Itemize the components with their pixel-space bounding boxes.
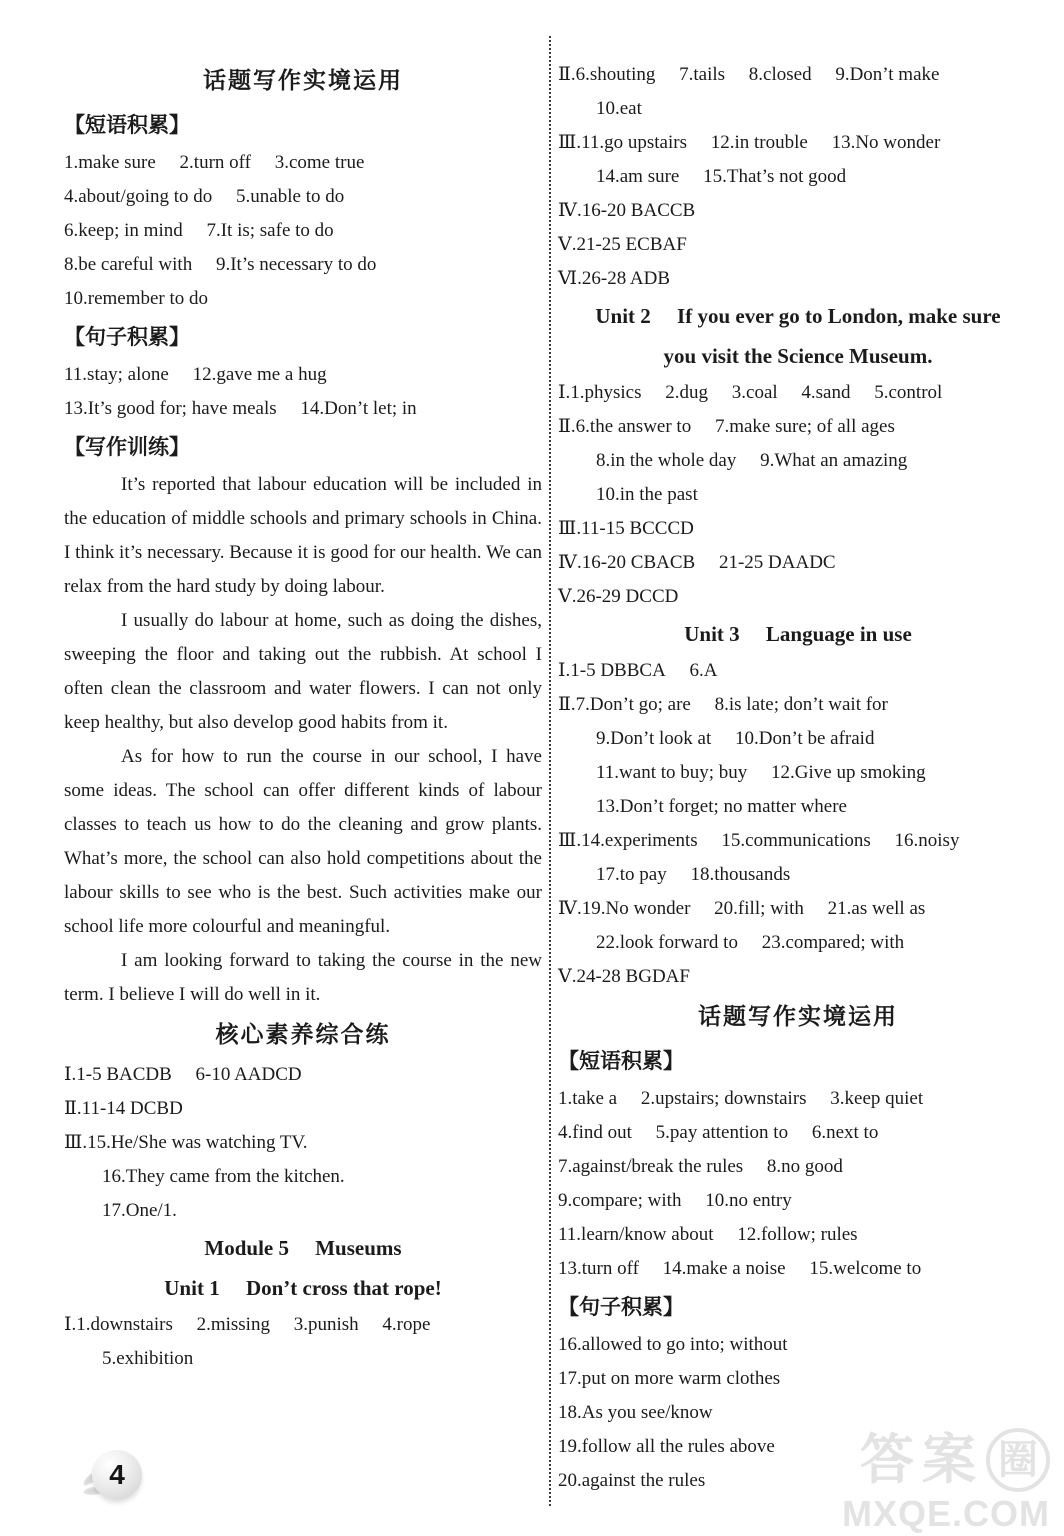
text-line: 6.keep; in mind 7.It is; safe to do (64, 214, 542, 248)
text-line: 17.One/1. (64, 1194, 542, 1228)
unit-title: Unit 2 If you ever go to London, make su… (558, 296, 1038, 336)
text-line: Ⅰ.1-5 BACDB 6-10 AADCD (64, 1058, 542, 1092)
text-line: 10.eat (558, 92, 1038, 126)
watermark-text: 答案 (860, 1433, 984, 1487)
sentence-accumulation-heading: 【句子积累】 (64, 316, 542, 358)
text-line: 9.Don’t look at 10.Don’t be afraid (558, 722, 1038, 756)
phrase-accumulation-heading: 【短语积累】 (558, 1040, 1038, 1082)
unit-title: Unit 3 Language in use (558, 614, 1038, 654)
text-line: Ⅴ.26-29 DCCD (558, 580, 1038, 614)
text-line: 1.take a 2.upstairs; downstairs 3.keep q… (558, 1082, 1038, 1116)
text-line: 13.It’s good for; have meals 14.Don’t le… (64, 392, 542, 426)
watermark: 答案 圈 MXQE.COM (842, 1428, 1050, 1532)
text-line: Ⅵ.26-28 ADB (558, 262, 1038, 296)
text-line: Ⅳ.16-20 BACCB (558, 194, 1038, 228)
text-line: Ⅲ.15.He/She was watching TV. (64, 1126, 542, 1160)
text-line: 13.Don’t forget; no matter where (558, 790, 1038, 824)
watermark-site: MXQE.COM (842, 1496, 1050, 1532)
text-line: 8.in the whole day 9.What an amazing (558, 444, 1038, 478)
topic-writing-heading: 话题写作实境运用 (64, 58, 542, 104)
text-line: Ⅲ.11-15 BCCCD (558, 512, 1038, 546)
text-line: Ⅱ.6.the answer to 7.make sure; of all ag… (558, 410, 1038, 444)
text-line: 9.compare; with 10.no entry (558, 1184, 1038, 1218)
page-number: 4 (92, 1450, 142, 1500)
text-line: 4.find out 5.pay attention to 6.next to (558, 1116, 1038, 1150)
left-column: 话题写作实境运用【短语积累】1.make sure 2.turn off 3.c… (64, 58, 542, 1376)
text-line: Ⅱ.11-14 DCBD (64, 1092, 542, 1126)
text-line: 17.put on more warm clothes (558, 1362, 1038, 1396)
text-line: Ⅱ.7.Don’t go; are 8.is late; don’t wait … (558, 688, 1038, 722)
text-line: 4.about/going to do 5.unable to do (64, 180, 542, 214)
sentence-accumulation-heading: 【句子积累】 (558, 1286, 1038, 1328)
answer-book-page: 话题写作实境运用【短语积累】1.make sure 2.turn off 3.c… (0, 0, 1064, 1536)
page-number-ball: 4 (92, 1450, 142, 1500)
module-title: Module 5 Museums (64, 1228, 542, 1268)
text-line: 14.am sure 15.That’s not good (558, 160, 1038, 194)
right-column: Ⅱ.6.shouting 7.tails 8.closed 9.Don’t ma… (558, 58, 1038, 1498)
text-line: 1.make sure 2.turn off 3.come true (64, 146, 542, 180)
text-line: Ⅰ.1.physics 2.dug 3.coal 4.sand 5.contro… (558, 376, 1038, 410)
text-line: Ⅲ.11.go upstairs 12.in trouble 13.No won… (558, 126, 1038, 160)
text-line: Ⅰ.1.downstairs 2.missing 3.punish 4.rope (64, 1308, 542, 1342)
page-number-badge: 4 (82, 1446, 142, 1506)
text-line: Ⅳ.19.No wonder 20.fill; with 21.as well … (558, 892, 1038, 926)
essay-paragraph: As for how to run the course in our scho… (64, 740, 542, 944)
text-line: 22.look forward to 23.compared; with (558, 926, 1038, 960)
text-line: Ⅴ.21-25 ECBAF (558, 228, 1038, 262)
essay-paragraph: I usually do labour at home, such as doi… (64, 604, 542, 740)
text-line: Ⅳ.16-20 CBACB 21-25 DAADC (558, 546, 1038, 580)
text-line: Ⅴ.24-28 BGDAF (558, 960, 1038, 994)
text-line: Ⅰ.1-5 DBBCA 6.A (558, 654, 1038, 688)
unit-title-line2: you visit the Science Museum. (558, 336, 1038, 376)
text-line: 7.against/break the rules 8.no good (558, 1150, 1038, 1184)
core-competence-heading: 核心素养综合练 (64, 1012, 542, 1058)
text-line: 10.in the past (558, 478, 1038, 512)
text-line: 11.learn/know about 12.follow; rules (558, 1218, 1038, 1252)
text-line: 11.stay; alone 12.gave me a hug (64, 358, 542, 392)
text-line: 10.remember to do (64, 282, 542, 316)
phrase-accumulation-heading: 【短语积累】 (64, 104, 542, 146)
writing-training-heading: 【写作训练】 (64, 426, 542, 468)
watermark-chinese: 答案 圈 (842, 1428, 1050, 1492)
essay-paragraph: I am looking forward to taking the cours… (64, 944, 542, 1012)
text-line: Ⅱ.6.shouting 7.tails 8.closed 9.Don’t ma… (558, 58, 1038, 92)
text-line: 16.They came from the kitchen. (64, 1160, 542, 1194)
text-line: 18.As you see/know (558, 1396, 1038, 1430)
watermark-circle-char: 圈 (986, 1428, 1050, 1492)
text-line: 13.turn off 14.make a noise 15.welcome t… (558, 1252, 1038, 1286)
column-divider (549, 36, 551, 1506)
text-line: 17.to pay 18.thousands (558, 858, 1038, 892)
text-line: Ⅲ.14.experiments 15.communications 16.no… (558, 824, 1038, 858)
text-line: 8.be careful with 9.It’s necessary to do (64, 248, 542, 282)
essay-paragraph: It’s reported that labour education will… (64, 468, 542, 604)
topic-writing-heading: 话题写作实境运用 (558, 994, 1038, 1040)
text-line: 11.want to buy; buy 12.Give up smoking (558, 756, 1038, 790)
text-line: 5.exhibition (64, 1342, 542, 1376)
text-line: 16.allowed to go into; without (558, 1328, 1038, 1362)
unit-title: Unit 1 Don’t cross that rope! (64, 1268, 542, 1308)
